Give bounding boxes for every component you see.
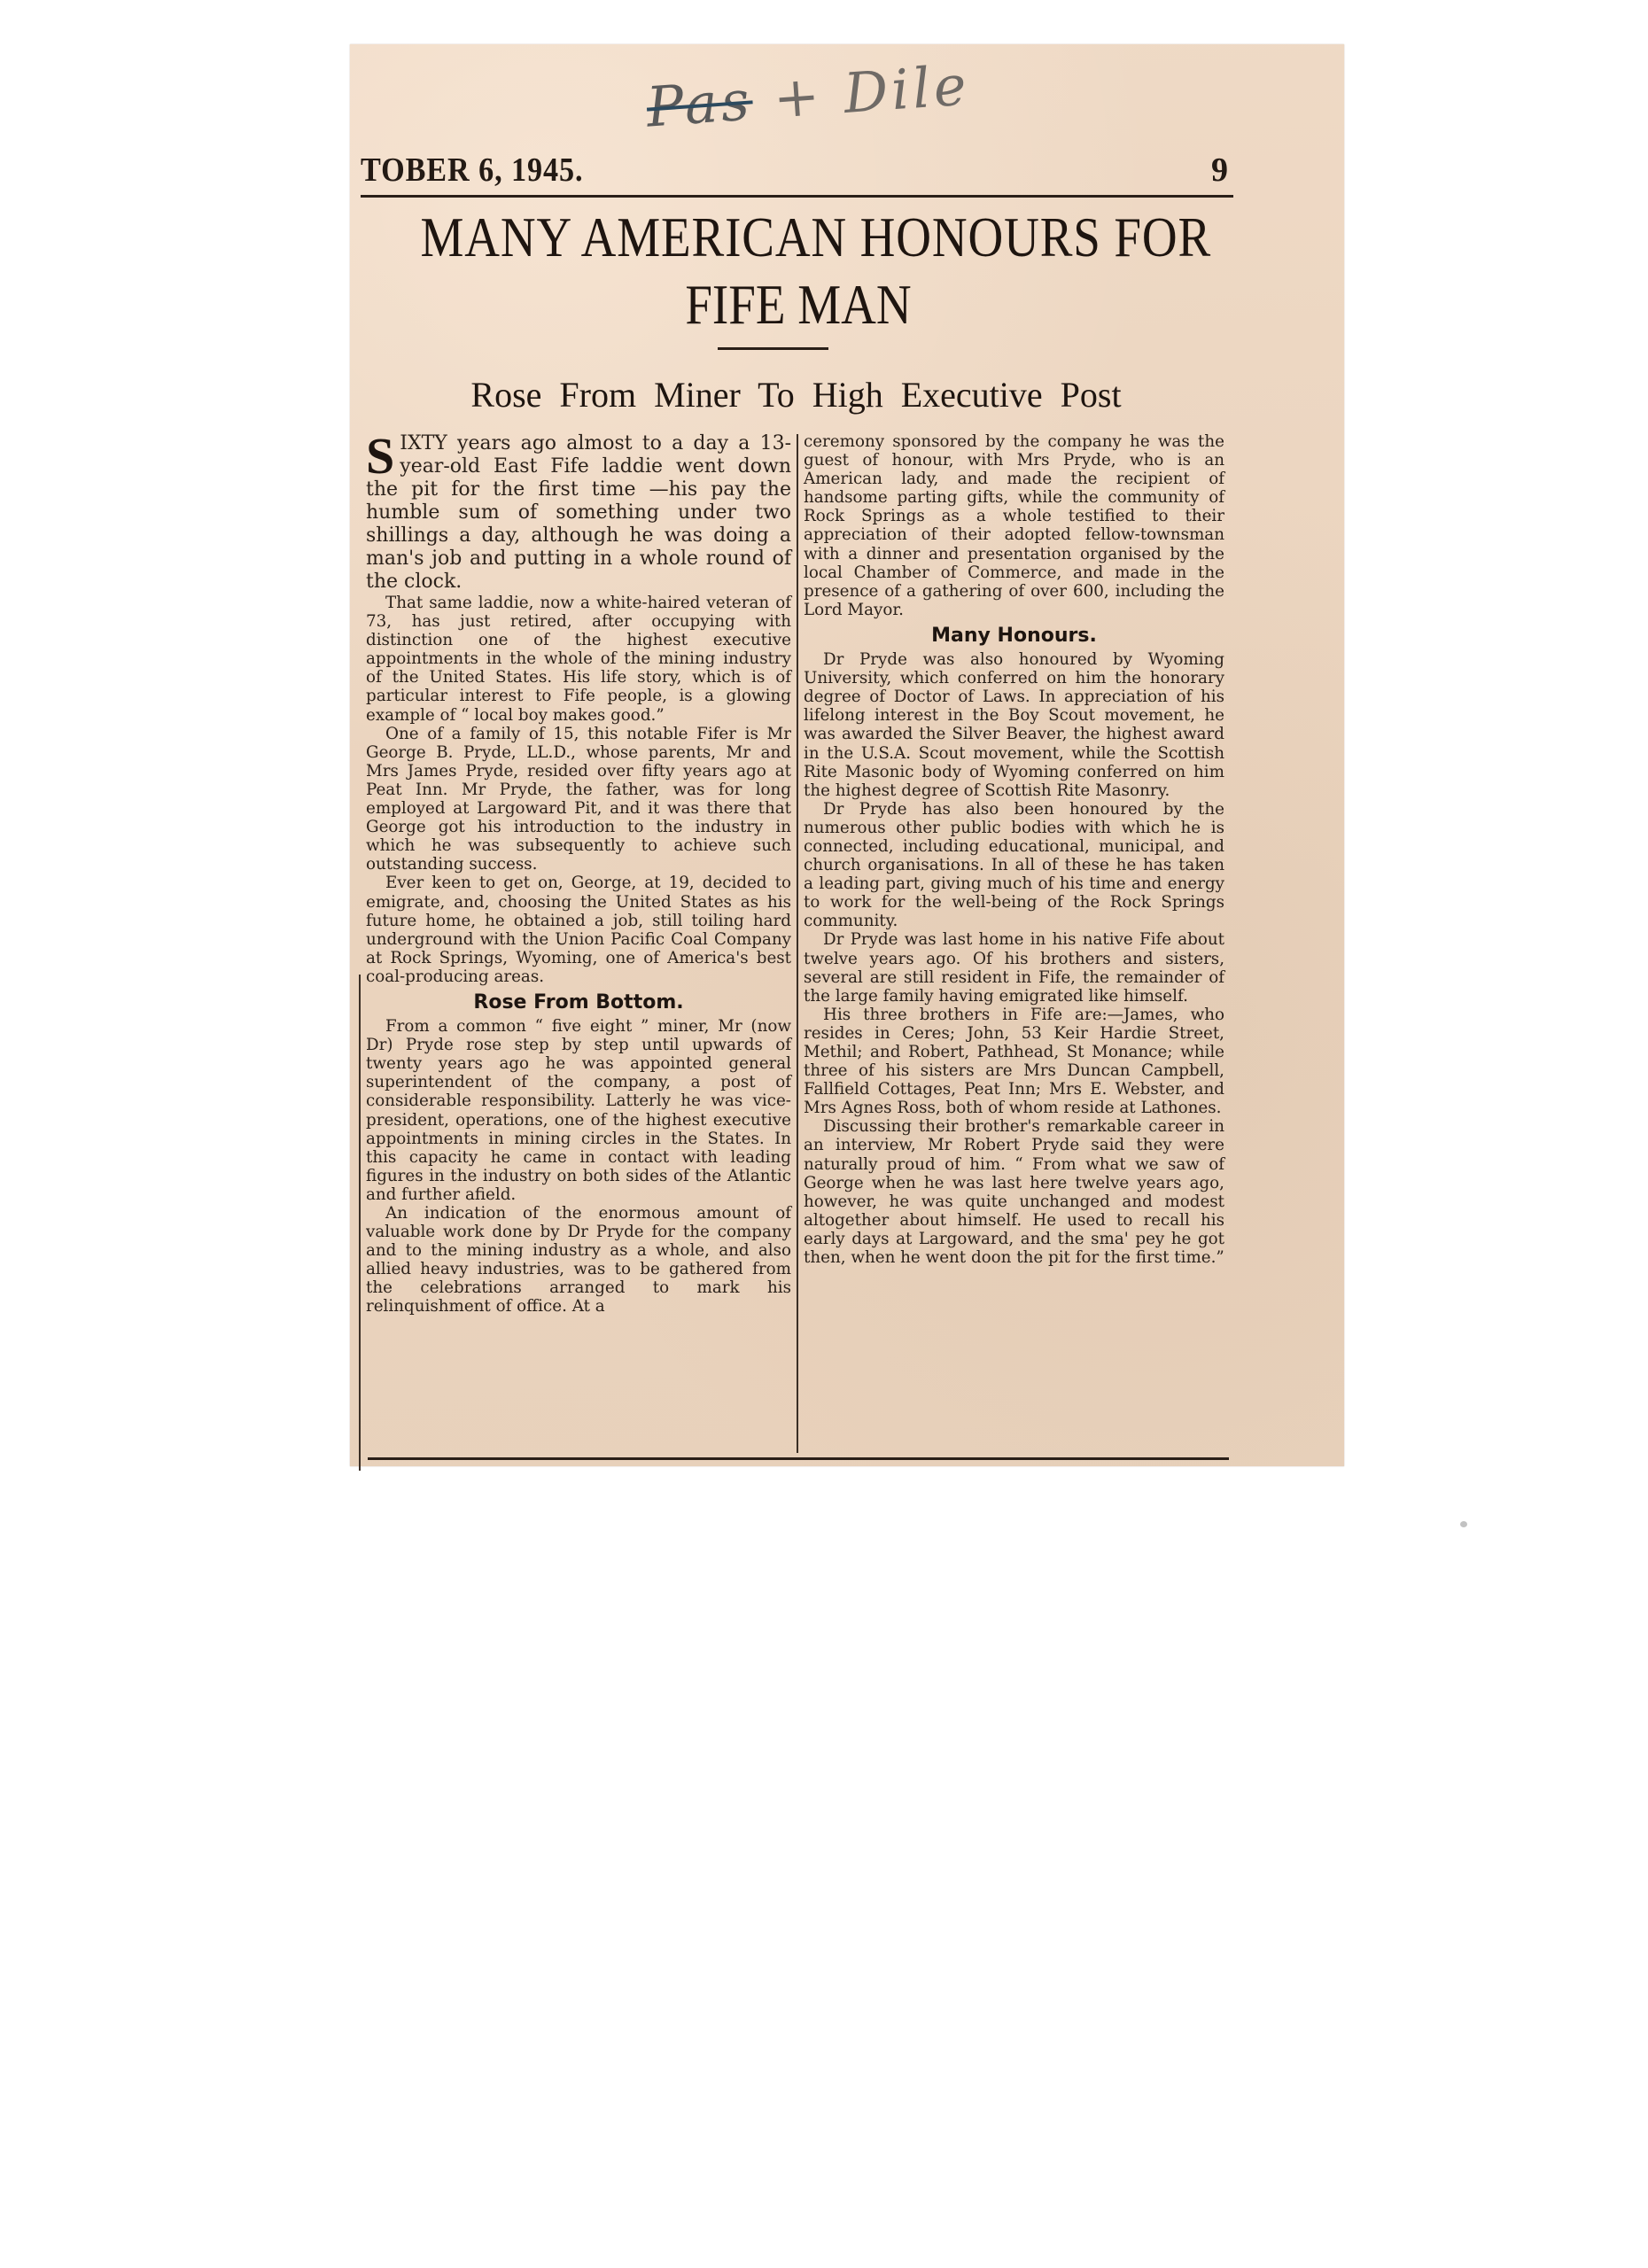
paragraph: Dr Pryde was also honoured by Wyoming Un…: [804, 650, 1224, 800]
bottom-rule-divider: [368, 1457, 1229, 1460]
left-edge-rule: [359, 975, 361, 1471]
subheadline: Rose From Miner To High Executive Post: [368, 374, 1224, 416]
drop-cap: S: [366, 436, 394, 477]
paragraph: Dr Pryde has also been honoured by the n…: [804, 800, 1224, 931]
paragraph-continued: ceremony sponsored by the company he was…: [804, 432, 1224, 619]
paragraph: An indication of the enormous amount of …: [366, 1204, 791, 1317]
page-number: 9: [1211, 151, 1229, 190]
column-divider: [797, 434, 798, 1453]
paragraph: Discussing their brother's remarkable ca…: [804, 1117, 1224, 1267]
top-rule-divider: [361, 195, 1233, 198]
paragraph: His three brothers in Fife are:—James, w…: [804, 1006, 1224, 1118]
newspaper-clipping: Pas + Dile TOBER 6, 1945. 9 MANY AMERICA…: [350, 44, 1344, 1466]
lead-paragraph: SIXTY years ago almost to a day a 13-yea…: [366, 432, 791, 594]
paragraph: Dr Pryde was last home in his native Fif…: [804, 930, 1224, 1005]
paragraph: That same laddie, now a white-haired vet…: [366, 594, 791, 725]
right-column: ceremony sponsored by the company he was…: [804, 432, 1224, 1267]
crosshead-many-honours: Many Honours.: [804, 626, 1224, 645]
struck-through-word: Pas: [644, 67, 755, 139]
crosshead-rose-from-bottom: Rose From Bottom.: [366, 993, 791, 1012]
lead-text: IXTY years ago almost to a day a 13-year…: [366, 432, 791, 593]
headline-line-1: MANY AMERICAN HONOURS FOR: [420, 204, 1176, 271]
paragraph: From a common “ five eight ” miner, Mr (…: [366, 1017, 791, 1204]
left-column: SIXTY years ago almost to a day a 13-yea…: [366, 432, 791, 1317]
handwritten-annotation: Pas + Dile: [644, 49, 1021, 154]
paragraph: Ever keen to get on, George, at 19, deci…: [366, 874, 791, 986]
scan-speck: [1460, 1521, 1467, 1527]
paragraph: One of a family of 15, this notable Fife…: [366, 725, 791, 874]
headline-line-2: FIFE MAN: [420, 271, 1176, 338]
dateline: TOBER 6, 1945. 9: [361, 151, 1229, 195]
headline-rule: [718, 347, 828, 350]
handwritten-word: + Dile: [771, 52, 971, 130]
issue-date: TOBER 6, 1945.: [361, 151, 583, 190]
headline: MANY AMERICAN HONOURS FOR FIFE MAN: [420, 204, 1176, 338]
